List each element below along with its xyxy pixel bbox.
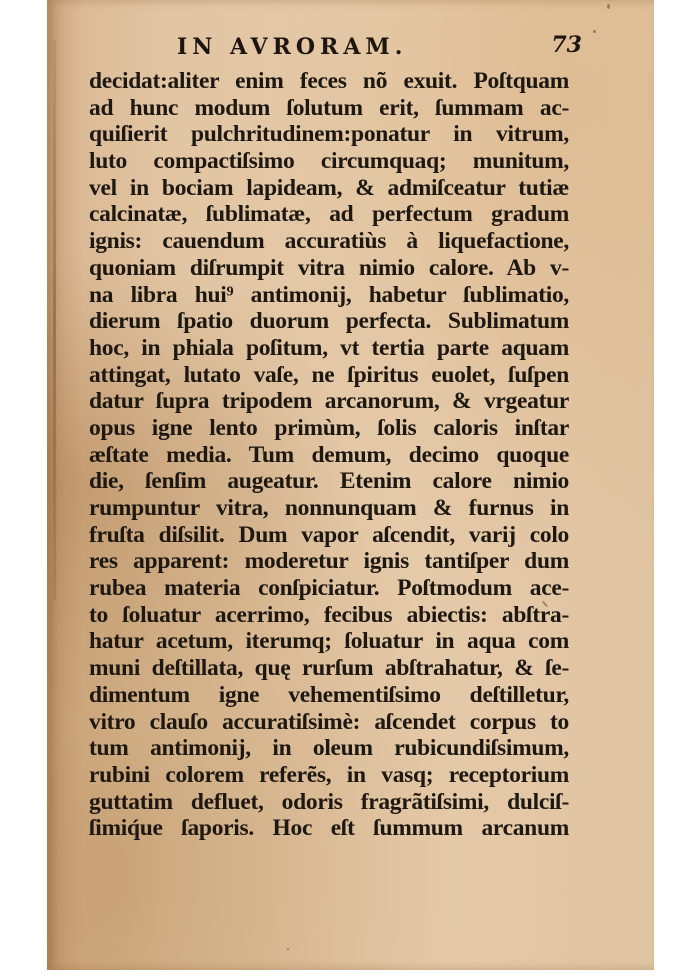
running-head: IN AVRORAM. 73 <box>177 30 582 66</box>
text-line: hoc, in phiala poſitum, vt tertia parte … <box>89 335 569 362</box>
text-line: rubea materia conſpiciatur. Poſtmodum ac… <box>89 575 569 602</box>
body-text: decidat:aliter enim feces nõ exuit. Poſt… <box>89 68 569 842</box>
text-line: na libra hui⁹ antimonij, habetur ſublima… <box>89 282 569 309</box>
text-line: muni deſtillata, quę rurſum abſtrahatur,… <box>89 655 569 682</box>
text-line: datur ſupra tripodem arcanorum, & vrgeat… <box>89 388 569 415</box>
paper-speck <box>287 948 289 950</box>
text-line: dierum ſpatio duorum perfecta. Sublimatu… <box>89 308 569 335</box>
text-line: res apparent: moderetur ignis tantiſper … <box>89 548 569 575</box>
text-line: æſtate media. Tum demum, decimo quoque <box>89 442 569 469</box>
text-line: quoniam diſrumpit vitra nimio calore. Ab… <box>89 255 569 282</box>
paper-speck <box>593 30 596 33</box>
text-line: calcinatæ, ſublimatæ, ad perfectum gradu… <box>89 201 569 228</box>
text-line: rumpuntur vitra, nonnunquam & furnus in <box>89 495 569 522</box>
text-line: tum antimonij, in oleum rubicundiſsimum, <box>89 735 569 762</box>
text-line: fruſta diſsilit. Dum vapor aſcendit, var… <box>89 522 569 549</box>
text-line: ſimiq́ue ſaporis. Hoc eſt ſummum arcanum <box>89 815 569 842</box>
text-line: attingat, lutato vaſe, ne ſpiritus euole… <box>89 362 569 389</box>
running-title: IN AVRORAM. <box>177 34 407 60</box>
text-line: decidat:aliter enim feces nõ exuit. Poſt… <box>89 68 569 95</box>
text-line: vitro clauſo accuratiſsimè: aſcendet cor… <box>89 709 569 736</box>
text-line: vel in bociam lapideam, & admiſceatur tu… <box>89 175 569 202</box>
text-line: ignis: cauendum accuratiùs à liquefactio… <box>89 228 569 255</box>
text-line: dimentum igne vehementiſsimo deſtilletur… <box>89 682 569 709</box>
book-page: IN AVRORAM. 73 decidat:aliter enim feces… <box>47 0 654 970</box>
text-line: rubini colorem referẽs, in vasq; recepto… <box>89 762 569 789</box>
text-line: hatur acetum, iterumq; ſoluatur in aqua … <box>89 628 569 655</box>
text-line: guttatim defluet, odoris fragrãtiſsimi, … <box>89 789 569 816</box>
text-line: opus igne lento primùm, ſolis caloris in… <box>89 415 569 442</box>
paper-speck <box>607 4 610 9</box>
text-line: quiſierit pulchritudinem:ponatur in vitr… <box>89 121 569 148</box>
page-number: 73 <box>551 32 582 58</box>
text-line: die, ſenſim augeatur. Etenim calore nimi… <box>89 468 569 495</box>
text-line: ad hunc modum ſolutum erit, ſummam ac- <box>89 95 569 122</box>
text-line: luto compactiſsimo circumquaq; munitum, <box>89 148 569 175</box>
text-line: to ſoluatur acerrimo, fecibus abiectis: … <box>89 602 569 629</box>
